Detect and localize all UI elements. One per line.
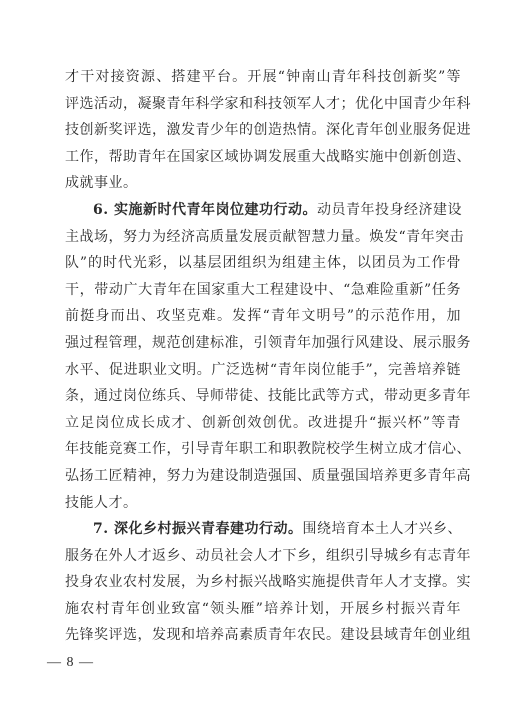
text-line: 立足岗位成长成才、创新创效创优。改进提升“振兴杯”等青 (65, 410, 461, 437)
section-7-heading-line: 7. 深化乡村振兴青春建功行动。围绕培育本土人才兴乡、 (65, 516, 461, 543)
document-page: 才干对接资源、搭建平台。开展“钟南山青年科技创新奖”等 评选活动，凝聚青年科学家… (0, 0, 526, 723)
text-line-continuation: 动员青年投身经济建设 (317, 202, 462, 218)
section-6-heading-line: 6. 实施新时代青年岗位建功行动。动员青年投身经济建设 (65, 197, 461, 224)
text-line: 前挺身而出、攻坚克难。发挥“青年文明号”的示范作用，加 (65, 303, 461, 330)
text-line: 主战场，努力为经济高质量发展贡献智慧力量。焕发“青年突击 (65, 224, 461, 251)
text-line: 干，带动广大青年在国家重大工程建设中、“急难险重新”任务 (65, 277, 461, 304)
text-line: 先锋奖评选，发现和培养高素质青年农民。建设县域青年创业组 (65, 622, 461, 649)
section-6-heading: 6. 实施新时代青年岗位建功行动。 (93, 202, 317, 218)
text-line: 条，通过岗位练兵、导师带徒、技能比武等方式，带动更多青年 (65, 383, 461, 410)
section-7-heading: 7. 深化乡村振兴青春建功行动。 (93, 521, 303, 537)
body-text: 才干对接资源、搭建平台。开展“钟南山青年科技创新奖”等 评选活动，凝聚青年科学家… (65, 64, 461, 649)
text-line: 年技能竞赛工作，引导青年职工和职教院校学生树立成才信心、 (65, 436, 461, 463)
text-line: 技创新奖评选，激发青少年的创造热情。深化青年创业服务促进 (65, 117, 461, 144)
text-line: 工作，帮助青年在国家区域协调发展重大战略实施中创新创造、 (65, 144, 461, 171)
text-line-continuation: 围绕培育本土人才兴乡、 (303, 521, 463, 537)
text-line: 成就事业。 (65, 170, 461, 197)
text-line: 投身农业农村发展，为乡村振兴战略实施提供青年人才支撑。实 (65, 569, 461, 596)
text-line: 服务在外人才返乡、动员社会人才下乡，组织引导城乡有志青年 (65, 543, 461, 570)
page-number: — 8 — (47, 655, 94, 671)
text-line: 队”的时代光彩，以基层团组织为组建主体，以团员为工作骨 (65, 250, 461, 277)
text-line: 施农村青年创业致富“领头雁”培养计划，开展乡村振兴青年 (65, 596, 461, 623)
text-line: 水平、促进职业文明。广泛选树“青年岗位能手”，完善培养链 (65, 357, 461, 384)
text-line: 强过程管理，规范创建标准，引领青年加强行风建设、展示服务 (65, 330, 461, 357)
text-line: 技能人才。 (65, 490, 461, 517)
text-line: 弘扬工匠精神，努力为建设制造强国、质量强国培养更多青年高 (65, 463, 461, 490)
text-line: 才干对接资源、搭建平台。开展“钟南山青年科技创新奖”等 (65, 64, 461, 91)
text-line: 评选活动，凝聚青年科学家和科技领军人才；优化中国青少年科 (65, 91, 461, 118)
